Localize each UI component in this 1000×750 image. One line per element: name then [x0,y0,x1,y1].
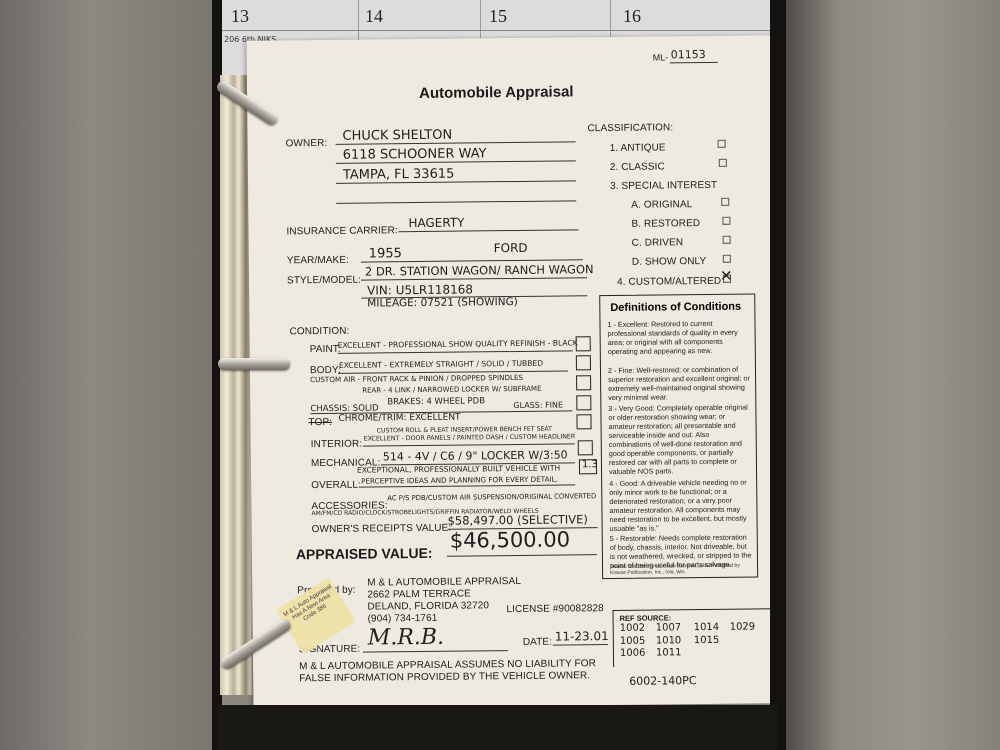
underline [336,200,576,204]
receipts-value: $58,497.00 (SELECTIVE) [447,512,587,527]
owner-city: TAMPA, FL 33615 [343,167,455,183]
body-rating-box[interactable] [576,355,591,370]
style-model-value: 2 DR. STATION WAGON/ RANCH WAGON [365,262,594,278]
accessories-value: AC P/S PDB/CUSTOM AIR SUSPENSION/ORIGINA… [387,492,596,502]
binder-edge-right [770,0,786,750]
ref-code: 1005 [620,636,646,647]
ref-code: 1010 [656,635,682,646]
class-custom-altered: 4. CUSTOM/ALTERED [617,276,721,288]
form-code: 6002-140PC [629,674,696,688]
classification-label: CLASSIFICATION: [587,122,673,134]
underline [363,443,575,446]
definition-fine: 2 - Fine: Well-restored; or combination … [608,365,750,402]
preparer-phone: (904) 734-1761 [368,613,438,625]
preparer-street: 2662 PALM TERRACE [367,588,471,600]
binder-ring [218,358,290,370]
checkbox-classic[interactable] [719,159,727,167]
definition-excellent: 1 - Excellent: Restored to current profe… [607,319,749,356]
day-number: 13 [231,6,249,27]
form-number: 01153 [671,48,706,61]
overall-value: EXCEPTIONAL, PROFESSIONALLY BUILT VEHICL… [357,464,560,475]
ref-code: 1007 [656,622,682,633]
ref-code: 1029 [730,621,756,632]
owner-name: CHUCK SHELTON [342,128,452,144]
underline [553,644,608,646]
paint-label: PAINT: [310,344,341,355]
class-driven: C. DRIVEN [632,237,684,249]
ref-code: 1015 [694,635,720,646]
ref-code: 1014 [694,622,720,633]
condition-label: CONDITION: [290,326,350,338]
ref-source-box: REF SOURCE: 1002 1007 1014 1029 1005 101… [612,608,774,667]
definitions-box: Definitions of Conditions 1 - Excellent:… [599,293,758,579]
background-right [783,0,1000,750]
preparer-name: M & L AUTOMOBILE APPRAISAL [367,576,521,589]
checkbox-driven[interactable] [723,236,731,244]
paint-value: EXCELLENT - PROFESSIONAL SHOW QUALITY RE… [338,338,578,350]
class-antique: 1. ANTIQUE [610,142,666,154]
vin-value: VIN: U5LR118168 [367,282,473,297]
underline [670,62,718,64]
class-special-interest: 3. SPECIAL INTEREST [610,180,717,192]
class-restored: B. RESTORED [631,218,700,230]
overall-label: OVERALL: [311,480,361,492]
underline [363,650,508,653]
checkbox-restored[interactable] [722,217,730,225]
receipts-label: OWNER'S RECEIPTS VALUE: [312,523,452,535]
body-value: EXCELLENT - EXTREMELY STRAIGHT / SOLID /… [339,359,543,370]
date-label: DATE: [523,637,552,648]
signature: M.R.B. [368,625,445,651]
style-model-label: STYLE/MODEL: [287,275,361,287]
day-number: 16 [623,6,641,27]
year-make-label: YEAR/MAKE: [287,255,349,267]
definition-good: 4 - Good: A driveable vehicle needing no… [609,478,752,533]
interior-label: INTERIOR: [311,439,363,451]
underline [447,554,597,557]
definitions-title: Definitions of Conditions [610,301,741,314]
make-value: FORD [494,241,528,255]
glass-value: GLASS: FINE [513,400,563,410]
class-original: A. ORIGINAL [631,199,692,211]
overall-rating: 1.3 [582,459,598,470]
owner-label: OWNER: [286,138,328,149]
form-title: Automobile Appraisal [419,83,574,102]
day-number: 14 [365,6,383,27]
mileage-value: MILEAGE: 07521 (SHOWING) [367,296,518,310]
mechanical-value: 514 - 4V / C6 / 9" LOCKER W/3:50 [383,448,568,463]
paint-rating-box[interactable] [576,336,591,351]
insurance-value: HAGERTY [408,216,464,231]
check-mark-icon: ✕ [720,267,733,285]
background-left [0,0,218,750]
license-number: LICENSE #90082828 [506,603,603,615]
interior-rating-box[interactable] [576,414,591,429]
suspension-value-2: REAR - 4 LINK / NARROWED LOCKER W/ SUBFR… [362,385,541,395]
class-show-only: D. SHOW ONLY [632,256,706,268]
appraised-value: $46,500.00 [450,527,570,552]
year-value: 1955 [369,246,402,261]
top-label: TOP: [308,417,332,428]
suspension-rating-box[interactable] [576,375,591,390]
checkbox-antique[interactable] [718,140,726,148]
interior-value-2: EXCELLENT - DOOR PANELS / PAINTED DASH /… [364,433,576,442]
owner-address: 6118 SCHOONER WAY [343,146,487,163]
ref-code: 1002 [620,623,646,634]
chrome-value: CHROME/TRIM: EXCELLENT [338,413,460,424]
checkbox-show-only[interactable] [723,255,731,263]
definitions-source: Source: Old Cars Price Guide Summer, 199… [610,563,752,576]
date-value: 11-23.01 [555,629,609,644]
definition-very-good: 3 - Very Good: Completely operable origi… [608,403,751,476]
preparer-city: DELAND, FLORIDA 32720 [367,600,489,612]
underline [338,350,573,353]
calendar-rule [220,30,772,31]
insurance-label: INSURANCE CARRIER: [286,225,397,237]
brakes-value: BRAKES: 4 WHEEL PDB [387,396,485,407]
disclaimer-line-2: FALSE INFORMATION PROVIDED BY THE VEHICL… [299,670,590,684]
checkbox-original[interactable] [721,198,729,206]
ref-code: 1006 [620,648,646,659]
chassis-rating-box[interactable] [576,395,591,410]
suspension-value: CUSTOM AIR - FRONT RACK & PINION / DROPP… [310,373,523,384]
form-number-label: ML- [653,52,669,62]
ref-code: 1011 [656,647,682,658]
table-surface [218,705,778,750]
mechanical-rating-box[interactable] [578,440,593,455]
day-number: 15 [489,6,507,27]
appraised-value-label: APPRAISED VALUE: [296,545,433,562]
class-classic: 2. CLASSIC [610,161,665,173]
